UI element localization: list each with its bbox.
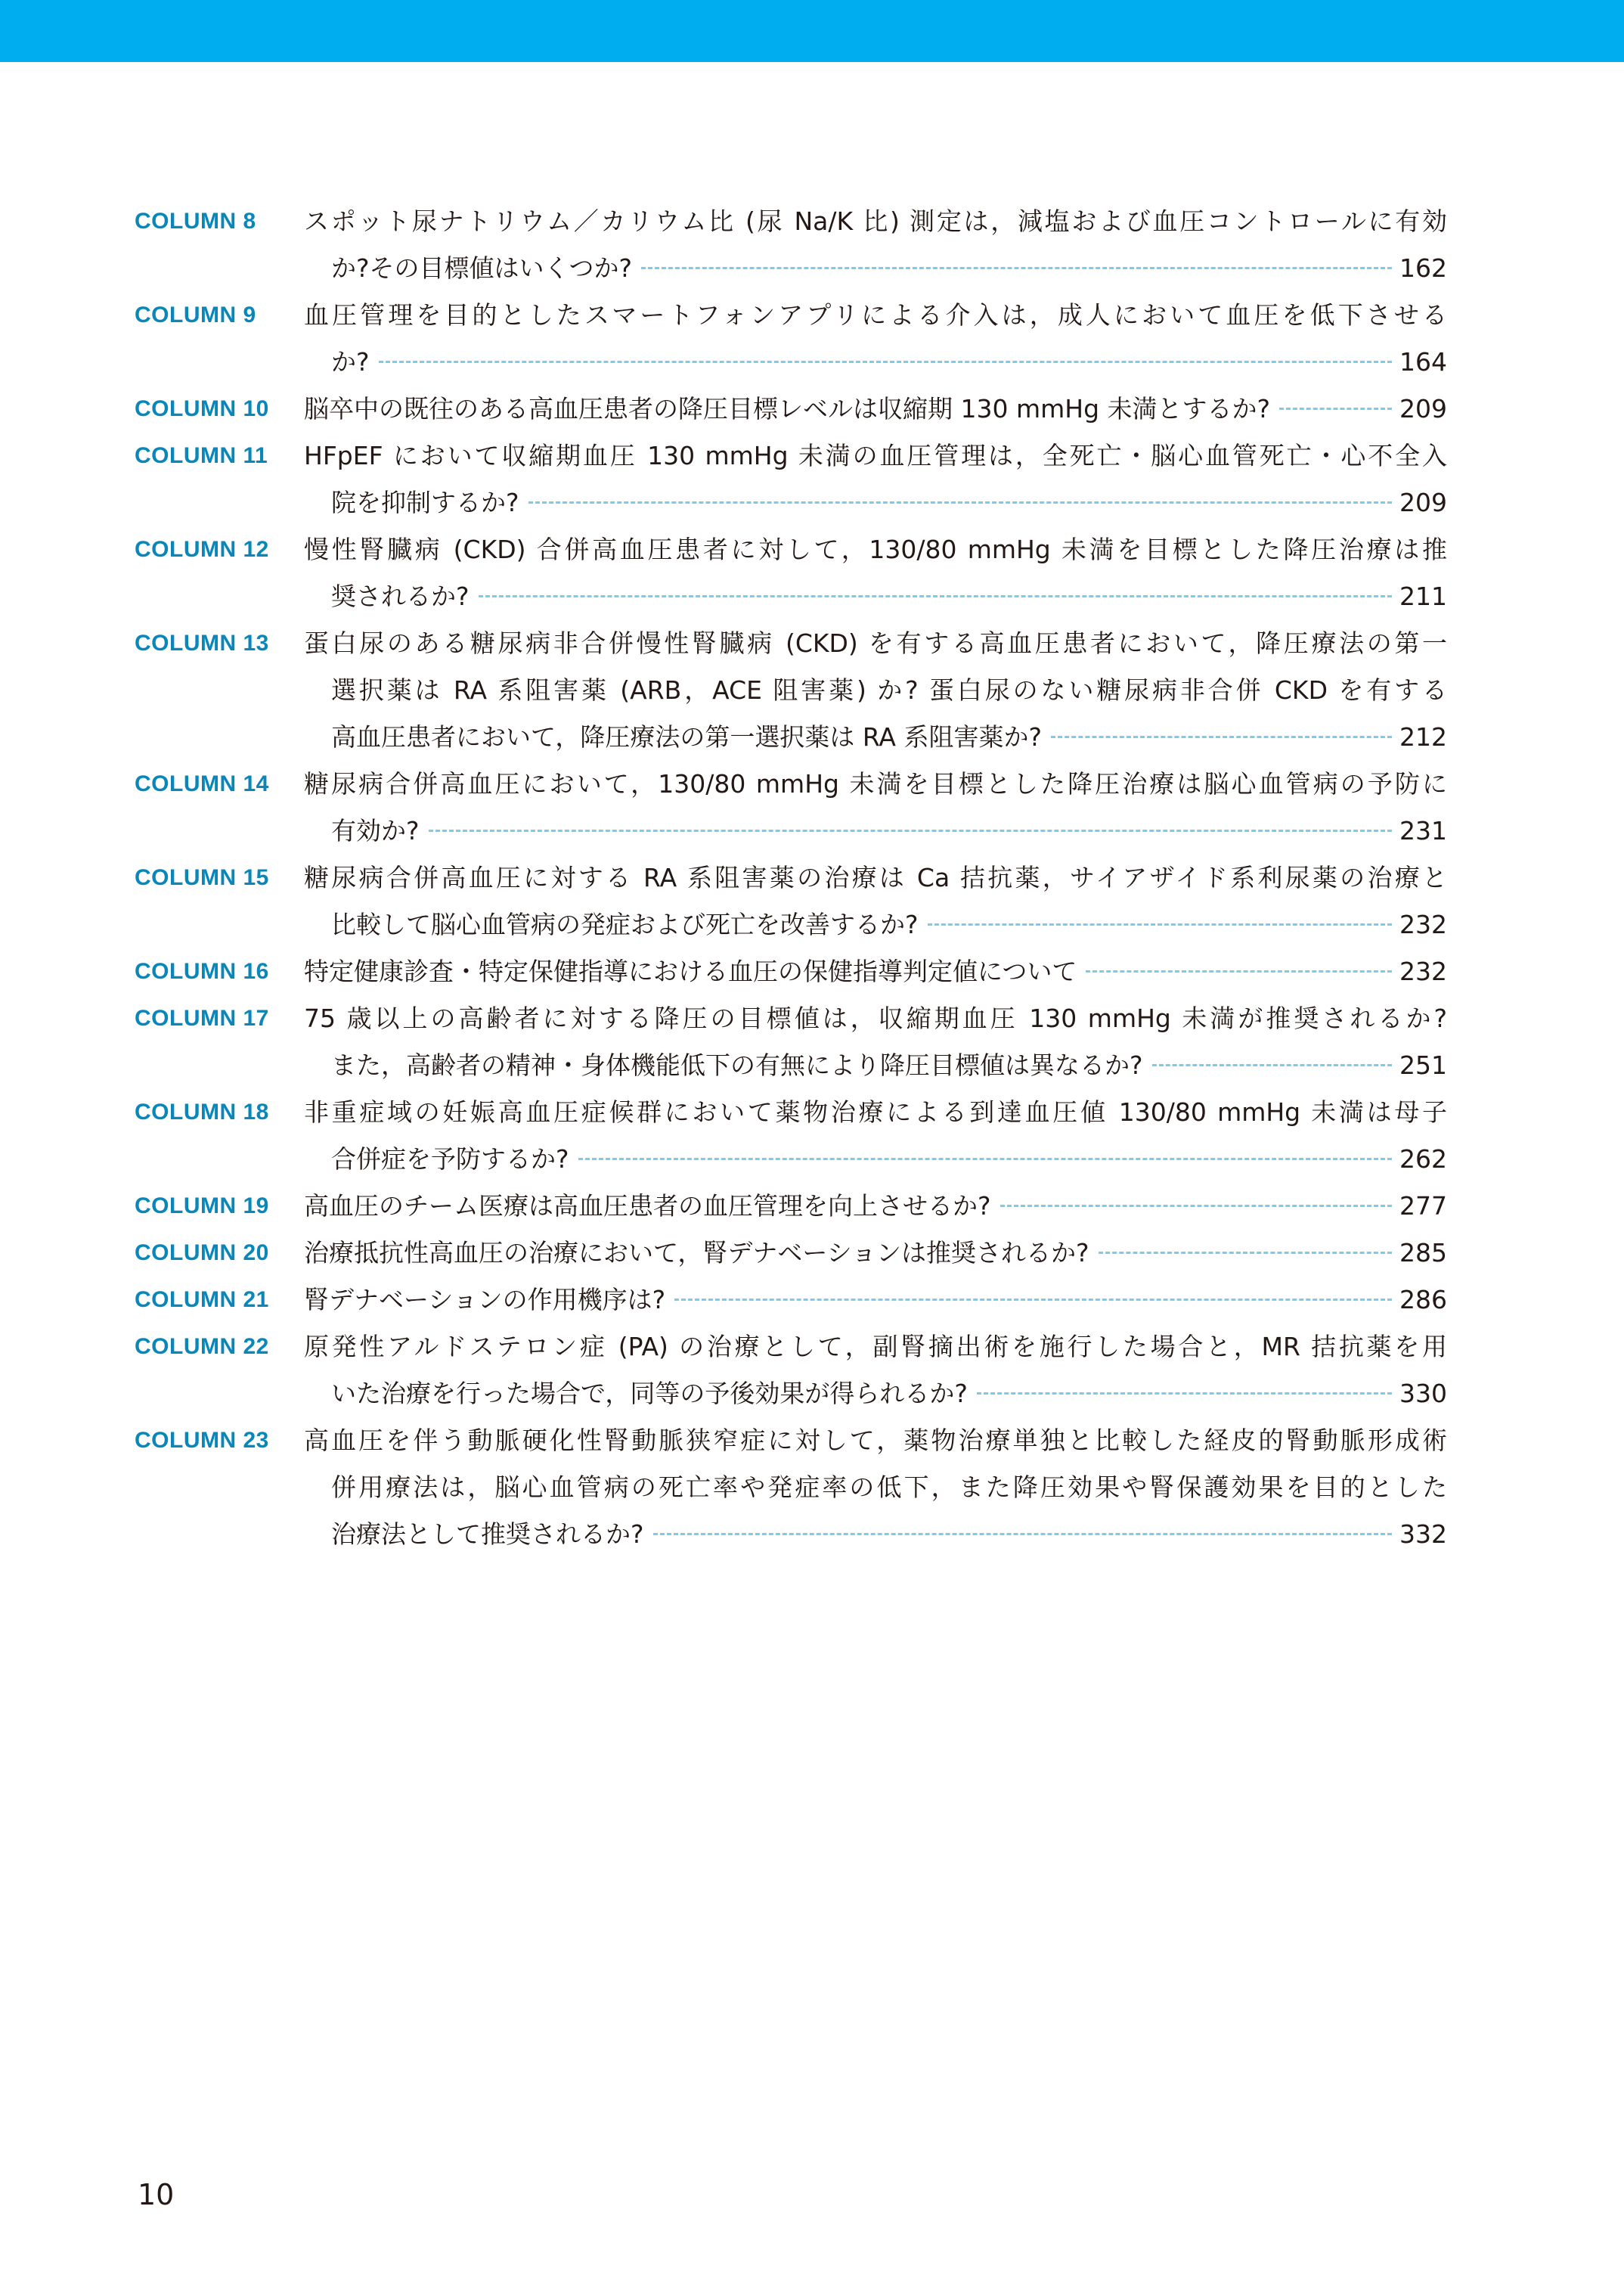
title-text: 糖尿病合併高血圧において，130/80 mmHg 未満を目標とした降圧治療は脳心… — [304, 761, 1447, 808]
title-text: 慢性腎臓病 (CKD) 合併高血圧患者に対して，130/80 mmHg 未満を目… — [304, 526, 1447, 573]
dot-leader — [429, 830, 1392, 832]
title-text: 糖尿病合併高血圧に対する RA 系阻害薬の治療は Ca 拮抗薬，サイアザイド系利… — [304, 855, 1447, 901]
entry-title: 高血圧のチーム医療は高血圧患者の血圧管理を向上させるか?277 — [304, 1183, 1447, 1230]
title-line: 高血圧患者において，降圧療法の第一選択薬は RA 系阻害薬か?212 — [304, 714, 1447, 761]
entry-title: 原発性アルドステロン症 (PA) の治療として，副腎摘出術を施行した場合と，MR… — [304, 1323, 1447, 1417]
toc-entry[interactable]: COLUMN 16特定健康診査・特定保健指導における血圧の保健指導判定値について… — [135, 948, 1447, 995]
column-label: COLUMN 17 — [135, 995, 304, 1042]
page-reference[interactable]: 251 — [1399, 1042, 1447, 1089]
title-line: HFpEF において収縮期血圧 130 mmHg 未満の血圧管理は，全死亡・脳心… — [304, 433, 1447, 479]
page-reference[interactable]: 332 — [1399, 1511, 1447, 1558]
page-reference[interactable]: 277 — [1399, 1183, 1447, 1230]
title-text: 原発性アルドステロン症 (PA) の治療として，副腎摘出術を施行した場合と，MR… — [304, 1323, 1447, 1370]
page-reference[interactable]: 232 — [1399, 901, 1447, 948]
title-text: 高血圧のチーム医療は高血圧患者の血圧管理を向上させるか? — [304, 1183, 991, 1230]
title-text: か? — [331, 339, 370, 386]
header-color-band — [0, 0, 1624, 62]
title-text: HFpEF において収縮期血圧 130 mmHg 未満の血圧管理は，全死亡・脳心… — [304, 433, 1447, 479]
entry-title: 高血圧を伴う動脈硬化性腎動脈狭窄症に対して，薬物治療単独と比較した経皮的腎動脈形… — [304, 1417, 1447, 1558]
entry-title: 非重症域の妊娠高血圧症候群において薬物治療による到達血圧値 130/80 mmH… — [304, 1089, 1447, 1183]
title-line: 慢性腎臓病 (CKD) 合併高血圧患者に対して，130/80 mmHg 未満を目… — [304, 526, 1447, 573]
title-text: 有効か? — [331, 808, 420, 855]
title-line: 特定健康診査・特定保健指導における血圧の保健指導判定値について232 — [304, 948, 1447, 995]
column-label: COLUMN 23 — [135, 1417, 304, 1464]
title-line: 選択薬は RA 系阻害薬 (ARB，ACE 阻害薬) か? 蛋白尿のない糖尿病非… — [304, 667, 1447, 714]
title-line: か?164 — [304, 339, 1447, 386]
toc-entry[interactable]: COLUMN 18非重症域の妊娠高血圧症候群において薬物治療による到達血圧値 1… — [135, 1089, 1447, 1183]
title-line: 院を抑制するか?209 — [304, 479, 1447, 526]
column-label: COLUMN 18 — [135, 1089, 304, 1136]
page-reference[interactable]: 164 — [1399, 339, 1447, 386]
column-label: COLUMN 16 — [135, 948, 304, 995]
title-line: 比較して脳心血管病の発症および死亡を改善するか?232 — [304, 901, 1447, 948]
entry-title: スポット尿ナトリウム／カリウム比 (尿 Na/K 比) 測定は，減塩および血圧コ… — [304, 198, 1447, 292]
page-reference[interactable]: 286 — [1399, 1277, 1447, 1323]
toc-entry[interactable]: COLUMN 13蛋白尿のある糖尿病非合併慢性腎臓病 (CKD) を有する高血圧… — [135, 620, 1447, 761]
entry-title: 血圧管理を目的としたスマートフォンアプリによる介入は，成人において血圧を低下させ… — [304, 292, 1447, 386]
toc-entry[interactable]: COLUMN 19高血圧のチーム医療は高血圧患者の血圧管理を向上させるか?277 — [135, 1183, 1447, 1230]
entry-title: 特定健康診査・特定保健指導における血圧の保健指導判定値について232 — [304, 948, 1447, 995]
entry-title: 腎デナベーションの作用機序は?286 — [304, 1277, 1447, 1323]
entry-title: 75 歳以上の高齢者に対する降圧の目標値は，収縮期血圧 130 mmHg 未満が… — [304, 995, 1447, 1089]
toc-entry[interactable]: COLUMN 15糖尿病合併高血圧に対する RA 系阻害薬の治療は Ca 拮抗薬… — [135, 855, 1447, 948]
column-label: COLUMN 22 — [135, 1323, 304, 1370]
title-text: 血圧管理を目的としたスマートフォンアプリによる介入は，成人において血圧を低下させ… — [304, 292, 1447, 339]
column-label: COLUMN 12 — [135, 526, 304, 573]
title-line: 治療抵抗性高血圧の治療において，腎デナベーションは推奨されるか?285 — [304, 1230, 1447, 1277]
title-line: いた治療を行った場合で，同等の予後効果が得られるか?330 — [304, 1370, 1447, 1417]
column-label: COLUMN 19 — [135, 1183, 304, 1230]
column-label: COLUMN 8 — [135, 198, 304, 245]
column-label: COLUMN 9 — [135, 292, 304, 339]
title-line: 原発性アルドステロン症 (PA) の治療として，副腎摘出術を施行した場合と，MR… — [304, 1323, 1447, 1370]
dot-leader — [528, 501, 1392, 504]
title-line: また，高齢者の精神・身体機能低下の有無により降圧目標値は異なるか?251 — [304, 1042, 1447, 1089]
title-text: 腎デナベーションの作用機序は? — [304, 1277, 665, 1323]
dot-leader — [1051, 736, 1392, 738]
dot-leader — [928, 923, 1392, 926]
table-of-contents: COLUMN 8スポット尿ナトリウム／カリウム比 (尿 Na/K 比) 測定は，… — [135, 198, 1447, 1558]
dot-leader — [379, 361, 1392, 363]
title-text: 奨されるか? — [331, 573, 470, 620]
dot-leader — [479, 595, 1392, 597]
title-text: 選択薬は RA 系阻害薬 (ARB，ACE 阻害薬) か? 蛋白尿のない糖尿病非… — [331, 667, 1447, 714]
title-line: 有効か?231 — [304, 808, 1447, 855]
title-line: 蛋白尿のある糖尿病非合併慢性腎臓病 (CKD) を有する高血圧患者において，降圧… — [304, 620, 1447, 667]
title-line: 治療法として推奨されるか?332 — [304, 1511, 1447, 1558]
entry-title: 治療抵抗性高血圧の治療において，腎デナベーションは推奨されるか?285 — [304, 1230, 1447, 1277]
title-line: 糖尿病合併高血圧において，130/80 mmHg 未満を目標とした降圧治療は脳心… — [304, 761, 1447, 808]
dot-leader — [578, 1158, 1392, 1160]
dot-leader — [1000, 1205, 1392, 1207]
title-line: 合併症を予防するか?262 — [304, 1136, 1447, 1183]
title-text: 併用療法は，脳心血管病の死亡率や発症率の低下，また降圧効果や腎保護効果を目的とし… — [331, 1464, 1447, 1511]
title-text: 院を抑制するか? — [331, 479, 519, 526]
dot-leader — [977, 1392, 1392, 1395]
entry-title: 脳卒中の既往のある高血圧患者の降圧目標レベルは収縮期 130 mmHg 未満とす… — [304, 386, 1447, 433]
title-text: 特定健康診査・特定保健指導における血圧の保健指導判定値について — [304, 948, 1077, 995]
page-reference[interactable]: 232 — [1399, 948, 1447, 995]
dot-leader — [1279, 408, 1392, 410]
page-reference[interactable]: 211 — [1399, 573, 1447, 620]
title-line: 脳卒中の既往のある高血圧患者の降圧目標レベルは収縮期 130 mmHg 未満とす… — [304, 386, 1447, 433]
entry-title: 慢性腎臓病 (CKD) 合併高血圧患者に対して，130/80 mmHg 未満を目… — [304, 526, 1447, 620]
title-text: 高血圧を伴う動脈硬化性腎動脈狭窄症に対して，薬物治療単独と比較した経皮的腎動脈形… — [304, 1417, 1447, 1464]
page-reference[interactable]: 209 — [1399, 479, 1447, 526]
dot-leader — [1152, 1064, 1392, 1066]
dot-leader — [641, 267, 1392, 269]
entry-title: 糖尿病合併高血圧において，130/80 mmHg 未満を目標とした降圧治療は脳心… — [304, 761, 1447, 855]
dot-leader — [1099, 1252, 1392, 1254]
dot-leader — [674, 1299, 1392, 1301]
column-label: COLUMN 14 — [135, 761, 304, 808]
title-line: スポット尿ナトリウム／カリウム比 (尿 Na/K 比) 測定は，減塩および血圧コ… — [304, 198, 1447, 245]
title-text: 治療法として推奨されるか? — [331, 1511, 644, 1558]
page-reference[interactable]: 212 — [1399, 714, 1447, 761]
dot-leader — [653, 1533, 1392, 1535]
column-label: COLUMN 13 — [135, 620, 304, 667]
column-label: COLUMN 20 — [135, 1230, 304, 1277]
toc-entry[interactable]: COLUMN 14糖尿病合併高血圧において，130/80 mmHg 未満を目標と… — [135, 761, 1447, 855]
title-text: か?その目標値はいくつか? — [331, 245, 632, 292]
title-text: 高血圧患者において，降圧療法の第一選択薬は RA 系阻害薬か? — [331, 714, 1042, 761]
column-label: COLUMN 11 — [135, 433, 304, 479]
column-label: COLUMN 10 — [135, 386, 304, 433]
toc-entry[interactable]: COLUMN 23高血圧を伴う動脈硬化性腎動脈狭窄症に対して，薬物治療単独と比較… — [135, 1417, 1447, 1558]
title-line: 併用療法は，脳心血管病の死亡率や発症率の低下，また降圧効果や腎保護効果を目的とし… — [304, 1464, 1447, 1511]
title-text: スポット尿ナトリウム／カリウム比 (尿 Na/K 比) 測定は，減塩および血圧コ… — [304, 198, 1447, 245]
entry-title: HFpEF において収縮期血圧 130 mmHg 未満の血圧管理は，全死亡・脳心… — [304, 433, 1447, 526]
page-reference[interactable]: 162 — [1399, 245, 1447, 292]
title-text: 75 歳以上の高齢者に対する降圧の目標値は，収縮期血圧 130 mmHg 未満が… — [304, 995, 1447, 1042]
title-line: 血圧管理を目的としたスマートフォンアプリによる介入は，成人において血圧を低下させ… — [304, 292, 1447, 339]
title-line: 非重症域の妊娠高血圧症候群において薬物治療による到達血圧値 130/80 mmH… — [304, 1089, 1447, 1136]
title-text: 非重症域の妊娠高血圧症候群において薬物治療による到達血圧値 130/80 mmH… — [304, 1089, 1447, 1136]
page-reference[interactable]: 209 — [1399, 386, 1447, 433]
page-reference[interactable]: 231 — [1399, 808, 1447, 855]
title-text: 脳卒中の既往のある高血圧患者の降圧目標レベルは収縮期 130 mmHg 未満とす… — [304, 386, 1270, 433]
title-line: 高血圧のチーム医療は高血圧患者の血圧管理を向上させるか?277 — [304, 1183, 1447, 1230]
column-label: COLUMN 21 — [135, 1277, 304, 1323]
toc-entry[interactable]: COLUMN 8スポット尿ナトリウム／カリウム比 (尿 Na/K 比) 測定は，… — [135, 198, 1447, 292]
page-reference[interactable]: 262 — [1399, 1136, 1447, 1183]
toc-entry[interactable]: COLUMN 11HFpEF において収縮期血圧 130 mmHg 未満の血圧管… — [135, 433, 1447, 526]
column-label: COLUMN 15 — [135, 855, 304, 901]
title-text: 治療抵抗性高血圧の治療において，腎デナベーションは推奨されるか? — [304, 1230, 1089, 1277]
toc-entry[interactable]: COLUMN 22原発性アルドステロン症 (PA) の治療として，副腎摘出術を施… — [135, 1323, 1447, 1417]
title-line: 腎デナベーションの作用機序は?286 — [304, 1277, 1447, 1323]
dot-leader — [1086, 970, 1392, 973]
toc-entry[interactable]: COLUMN 9血圧管理を目的としたスマートフォンアプリによる介入は，成人におい… — [135, 292, 1447, 386]
title-text: 蛋白尿のある糖尿病非合併慢性腎臓病 (CKD) を有する高血圧患者において，降圧… — [304, 620, 1447, 667]
toc-entry[interactable]: COLUMN 12慢性腎臓病 (CKD) 合併高血圧患者に対して，130/80 … — [135, 526, 1447, 620]
entry-title: 蛋白尿のある糖尿病非合併慢性腎臓病 (CKD) を有する高血圧患者において，降圧… — [304, 620, 1447, 761]
title-line: か?その目標値はいくつか?162 — [304, 245, 1447, 292]
title-line: 糖尿病合併高血圧に対する RA 系阻害薬の治療は Ca 拮抗薬，サイアザイド系利… — [304, 855, 1447, 901]
toc-entry[interactable]: COLUMN 10脳卒中の既往のある高血圧患者の降圧目標レベルは収縮期 130 … — [135, 386, 1447, 433]
title-line: 高血圧を伴う動脈硬化性腎動脈狭窄症に対して，薬物治療単独と比較した経皮的腎動脈形… — [304, 1417, 1447, 1464]
title-text: 比較して脳心血管病の発症および死亡を改善するか? — [331, 901, 919, 948]
title-text: 合併症を予防するか? — [331, 1136, 569, 1183]
page-number: 10 — [138, 2178, 174, 2211]
entry-title: 糖尿病合併高血圧に対する RA 系阻害薬の治療は Ca 拮抗薬，サイアザイド系利… — [304, 855, 1447, 948]
page-reference[interactable]: 330 — [1399, 1370, 1447, 1417]
toc-entry[interactable]: COLUMN 21腎デナベーションの作用機序は?286 — [135, 1277, 1447, 1323]
title-line: 奨されるか?211 — [304, 573, 1447, 620]
toc-entry[interactable]: COLUMN 1775 歳以上の高齢者に対する降圧の目標値は，収縮期血圧 130… — [135, 995, 1447, 1089]
title-text: いた治療を行った場合で，同等の予後効果が得られるか? — [331, 1370, 968, 1417]
page-reference[interactable]: 285 — [1399, 1230, 1447, 1277]
title-text: また，高齢者の精神・身体機能低下の有無により降圧目標値は異なるか? — [331, 1042, 1143, 1089]
title-line: 75 歳以上の高齢者に対する降圧の目標値は，収縮期血圧 130 mmHg 未満が… — [304, 995, 1447, 1042]
toc-entry[interactable]: COLUMN 20治療抵抗性高血圧の治療において，腎デナベーションは推奨されるか… — [135, 1230, 1447, 1277]
